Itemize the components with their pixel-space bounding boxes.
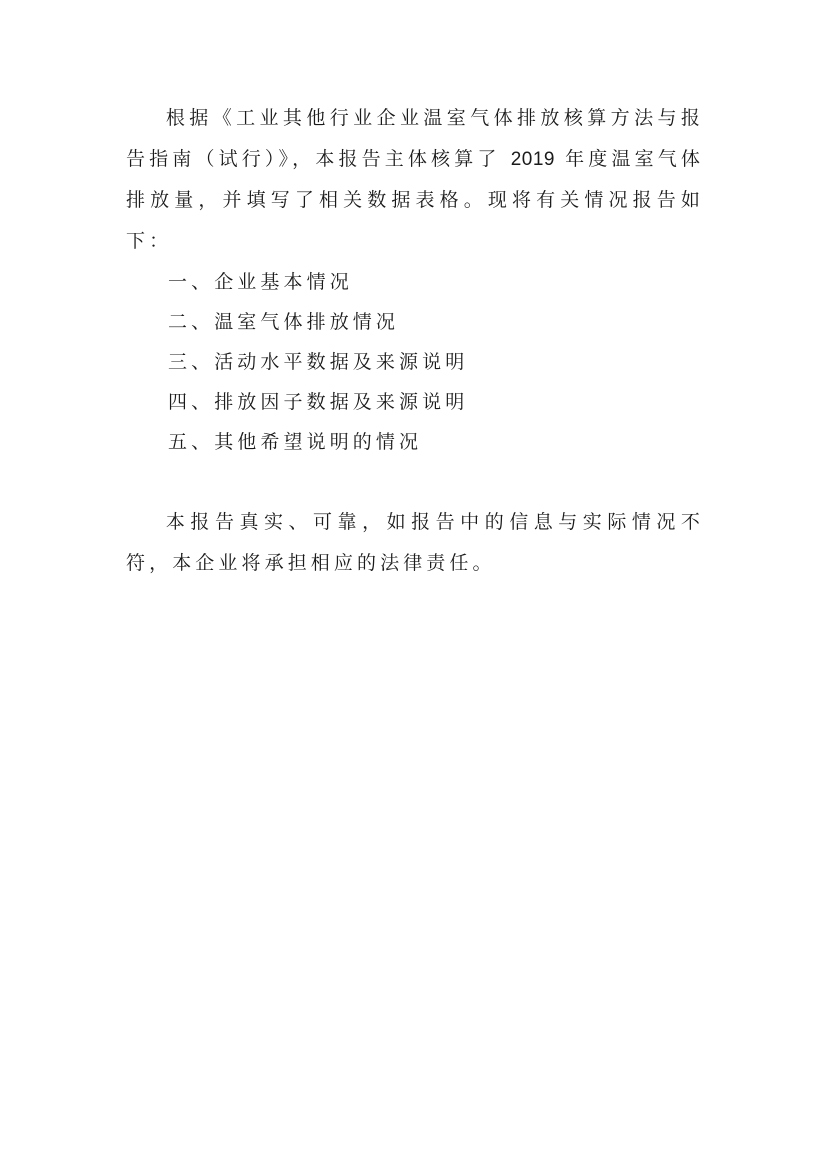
section-item-activity-data: 三、活动水平数据及来源说明 <box>126 342 704 382</box>
section-item-other: 五、其他希望说明的情况 <box>126 422 704 462</box>
declaration-paragraph: 本报告真实、可靠，如报告中的信息与实际情况不符，本企业将承担相应的法律责任。 <box>126 502 704 584</box>
intro-paragraph: 根据《工业其他行业企业温室气体排放核算方法与报告指南（试行）》，本报告主体核算了… <box>126 98 704 262</box>
section-list: 一、企业基本情况 二、温室气体排放情况 三、活动水平数据及来源说明 四、排放因子… <box>126 262 704 462</box>
section-item-emission-factors: 四、排放因子数据及来源说明 <box>126 382 704 422</box>
section-item-basic-info: 一、企业基本情况 <box>126 262 704 302</box>
document-page: 根据《工业其他行业企业温室气体排放核算方法与报告指南（试行）》，本报告主体核算了… <box>126 98 704 584</box>
blank-line <box>126 462 704 502</box>
section-item-emissions: 二、温室气体排放情况 <box>126 302 704 342</box>
report-year: 2019 <box>511 149 555 170</box>
